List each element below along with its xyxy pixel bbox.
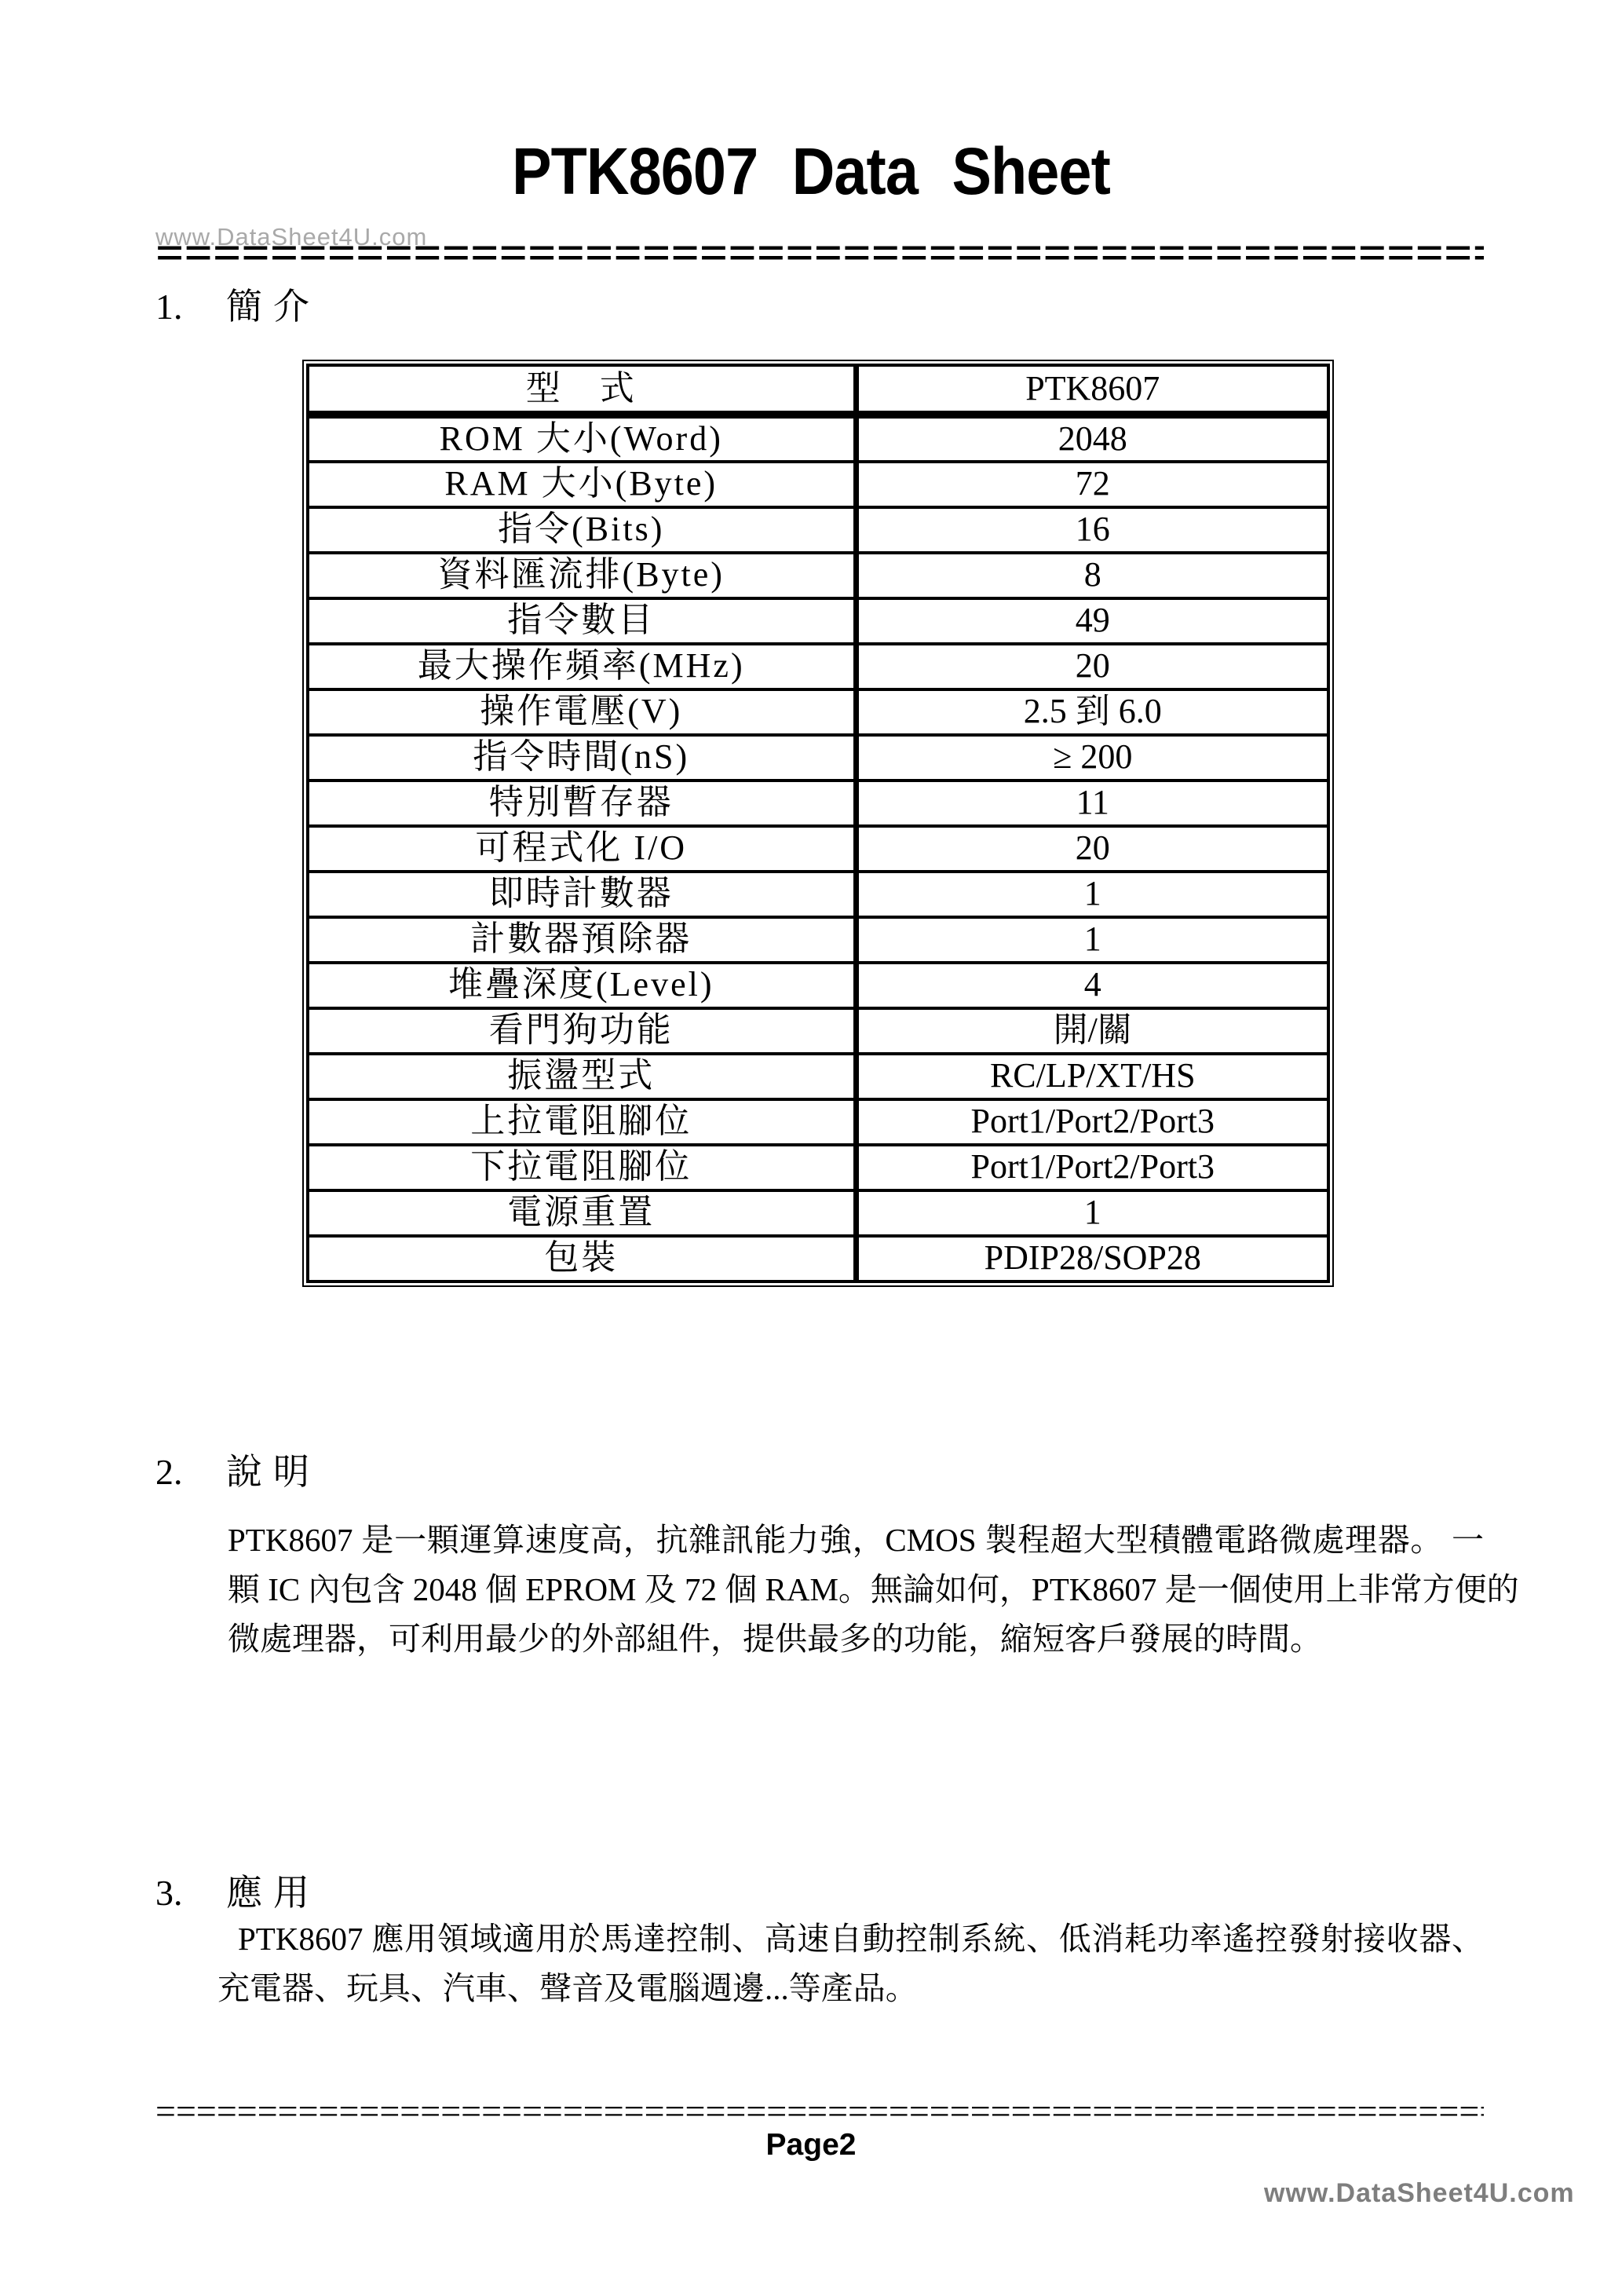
spec-label-cell: 指令數目: [308, 598, 856, 644]
spec-value-cell: 20: [856, 826, 1328, 872]
table-row: 堆疊深度(Level) 4: [308, 963, 1328, 1008]
spec-value-cell: Port1/Port2/Port3: [856, 1099, 1328, 1145]
spec-label-cell: 指令時間(nS): [308, 735, 856, 781]
table-header-row: 型 式 PTK8607: [308, 365, 1328, 415]
spec-label-cell: ROM 大小(Word): [308, 415, 856, 462]
spec-value-cell: PTK8607: [856, 365, 1328, 415]
datasheet-page: PTK8607 Data Sheet =====================…: [0, 0, 1622, 2296]
paragraph-line: 顆 IC 內包含 2048 個 EPROM 及 72 個 RAM。無論如何，PT…: [228, 1565, 1484, 1614]
table-row: RAM 大小(Byte) 72: [308, 462, 1328, 507]
spec-label-cell: RAM 大小(Byte): [308, 462, 856, 507]
spec-value-cell: 1: [856, 872, 1328, 917]
section-number: 2.: [155, 1453, 183, 1493]
section-title: 說明: [226, 1453, 320, 1493]
spec-value-cell: 4: [856, 963, 1328, 1008]
watermark-top: www.DataSheet4U.com: [155, 225, 427, 249]
table-row: 電源重置 1: [308, 1190, 1328, 1236]
table-row: ROM 大小(Word) 2048: [308, 415, 1328, 462]
spec-value-cell: 20: [856, 644, 1328, 689]
spec-value-cell: PDIP28/SOP28: [856, 1236, 1328, 1281]
spec-label-cell: 包裝: [308, 1236, 856, 1281]
table-row: 指令(Bits) 16: [308, 507, 1328, 553]
section-number: 1.: [155, 287, 183, 327]
paragraph-line: PTK8607 是一顆運算速度高，抗雜訊能力強，CMOS 製程超大型積體電路微處…: [228, 1515, 1484, 1565]
spec-value-cell: 16: [856, 507, 1328, 553]
section-heading-intro: 1. 簡介: [155, 287, 320, 327]
spec-label-cell: 指令(Bits): [308, 507, 856, 553]
table-row: 操作電壓(V) 2.5 到 6.0: [308, 689, 1328, 735]
spec-label-cell: 堆疊深度(Level): [308, 963, 856, 1008]
spec-table: 型 式 PTK8607 ROM 大小(Word) 2048 RAM 大小(Byt…: [306, 364, 1330, 1283]
spec-label-cell: 電源重置: [308, 1190, 856, 1236]
description-paragraph: PTK8607 是一顆運算速度高，抗雜訊能力強，CMOS 製程超大型積體電路微處…: [228, 1515, 1484, 1664]
table-row: 計數器預除器 1: [308, 917, 1328, 963]
spec-label-cell: 下拉電阻腳位: [308, 1145, 856, 1190]
table-row: 可程式化 I/O 20: [308, 826, 1328, 872]
footer-separator: ========================================…: [155, 2093, 1484, 2125]
spec-value-cell: RC/LP/XT/HS: [856, 1054, 1328, 1099]
section-heading-application: 3. 應用: [155, 1874, 320, 1914]
table-row: 振盪型式 RC/LP/XT/HS: [308, 1054, 1328, 1099]
paragraph-line: PTK8607 應用領域適用於馬達控制、高速自動控制系統、低消耗功率遙控發射接收…: [217, 1914, 1484, 1964]
table-row: 特別暫存器 11: [308, 781, 1328, 826]
table-row: 即時計數器 1: [308, 872, 1328, 917]
spec-value-cell: ≥ 200: [856, 735, 1328, 781]
table-row: 最大操作頻率(MHz) 20: [308, 644, 1328, 689]
spec-label-cell: 特別暫存器: [308, 781, 856, 826]
section-number: 3.: [155, 1874, 183, 1914]
table-row: 上拉電阻腳位 Port1/Port2/Port3: [308, 1099, 1328, 1145]
spec-label-cell: 振盪型式: [308, 1054, 856, 1099]
page-number: Page2: [0, 2130, 1622, 2160]
spec-label-cell: 最大操作頻率(MHz): [308, 644, 856, 689]
table-row: 指令數目 49: [308, 598, 1328, 644]
spec-value-cell: 2.5 到 6.0: [856, 689, 1328, 735]
paragraph-line: 充電器、玩具、汽車、聲音及電腦週邊...等產品。: [217, 1964, 1484, 2013]
spec-value-cell: 72: [856, 462, 1328, 507]
spec-value-cell: 1: [856, 1190, 1328, 1236]
spec-label-cell: 即時計數器: [308, 872, 856, 917]
spec-value-cell: 8: [856, 553, 1328, 598]
spec-label-cell: 計數器預除器: [308, 917, 856, 963]
spec-value-cell: 49: [856, 598, 1328, 644]
spec-value-cell: 11: [856, 781, 1328, 826]
spec-label-cell: 可程式化 I/O: [308, 826, 856, 872]
table-row: 指令時間(nS) ≥ 200: [308, 735, 1328, 781]
spec-value-cell: 開/關: [856, 1008, 1328, 1054]
page-title: PTK8607 Data Sheet: [81, 138, 1540, 204]
spec-label-cell: 操作電壓(V): [308, 689, 856, 735]
paragraph-line: 微處理器，可利用最少的外部組件，提供最多的功能，縮短客戶發展的時間。: [228, 1614, 1484, 1664]
spec-label-cell: 型 式: [308, 365, 856, 415]
spec-value-cell: 2048: [856, 415, 1328, 462]
spec-label-cell: 看門狗功能: [308, 1008, 856, 1054]
table-row: 下拉電阻腳位 Port1/Port2/Port3: [308, 1145, 1328, 1190]
table-row: 看門狗功能 開/關: [308, 1008, 1328, 1054]
watermark-bottom: www.DataSheet4U.com: [1264, 2180, 1575, 2206]
spec-value-cell: 1: [856, 917, 1328, 963]
spec-value-cell: Port1/Port2/Port3: [856, 1145, 1328, 1190]
table-row: 資料匯流排(Byte) 8: [308, 553, 1328, 598]
section-title: 應用: [226, 1874, 320, 1914]
table-row: 包裝 PDIP28/SOP28: [308, 1236, 1328, 1281]
section-heading-description: 2. 說明: [155, 1453, 320, 1493]
spec-label-cell: 資料匯流排(Byte): [308, 553, 856, 598]
spec-label-cell: 上拉電阻腳位: [308, 1099, 856, 1145]
application-paragraph: PTK8607 應用領域適用於馬達控制、高速自動控制系統、低消耗功率遙控發射接收…: [217, 1914, 1484, 2013]
section-title: 簡介: [226, 287, 320, 327]
